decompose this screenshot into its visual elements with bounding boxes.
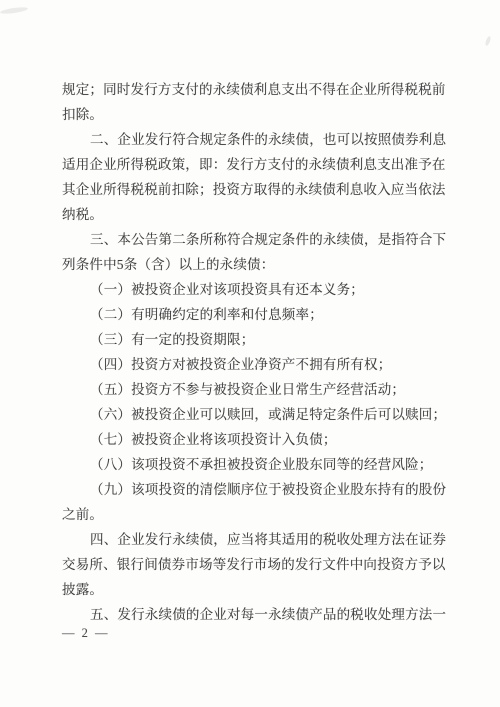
text-line: 二、企业发行符合规定条件的永续债，也可以按照债券利息 [62,127,442,152]
text-line: （二）有明确约定的利率和付息频率； [62,302,442,327]
text-line: （四）投资方对被投资企业净资产不拥有所有权； [62,352,442,377]
text-line: （一）被投资企业对该项投资具有还本义务； [62,277,442,302]
text-line: （五）投资方不参与被投资企业日常生产经营活动； [62,377,442,402]
text-line: （三）有一定的投资期限； [62,327,442,352]
text-line: 其企业所得税税前扣除；投资方取得的永续债利息收入应当依法 [62,177,442,202]
text-line: 四、企业发行永续债，应当将其适用的税收处理方法在证券 [62,527,442,552]
text-line: （七）被投资企业将该项投资计入负债； [62,427,442,452]
text-line: 交易所、银行间债券市场等发行市场的发行文件中向投资方予以 [62,552,442,577]
text-line: （六）被投资企业可以赎回，或满足特定条件后可以赎回； [62,402,442,427]
text-line: 规定；同时发行方支付的永续债利息支出不得在企业所得税税前 [62,77,442,102]
text-line: 适用企业所得税政策，即：发行方支付的永续债利息支出准予在 [62,152,442,177]
text-line: （九）该项投资的清偿顺序位于被投资企业股东持有的股份 [62,477,442,502]
text-line: 三、本公告第二条所称符合规定条件的永续债，是指符合下 [62,227,442,252]
page-number: — 2 — [62,624,110,642]
scanned-document-page: 规定；同时发行方支付的永续债利息支出不得在企业所得税税前扣除。二、企业发行符合规… [0,0,500,707]
document-body: 规定；同时发行方支付的永续债利息支出不得在企业所得税税前扣除。二、企业发行符合规… [62,77,442,627]
scan-smudge-artifact [0,6,28,15]
scan-fleck-artifact [484,36,491,47]
text-line: 列条件中5条（含）以上的永续债： [62,252,442,277]
text-line: 五、发行永续债的企业对每一永续债产品的税收处理方法一 [62,602,442,627]
text-line: 扣除。 [62,102,442,127]
text-line: 之前。 [62,502,442,527]
text-line: 披露。 [62,577,442,602]
text-line: 纳税。 [62,202,442,227]
text-line: （八）该项投资不承担被投资企业股东同等的经营风险； [62,452,442,477]
